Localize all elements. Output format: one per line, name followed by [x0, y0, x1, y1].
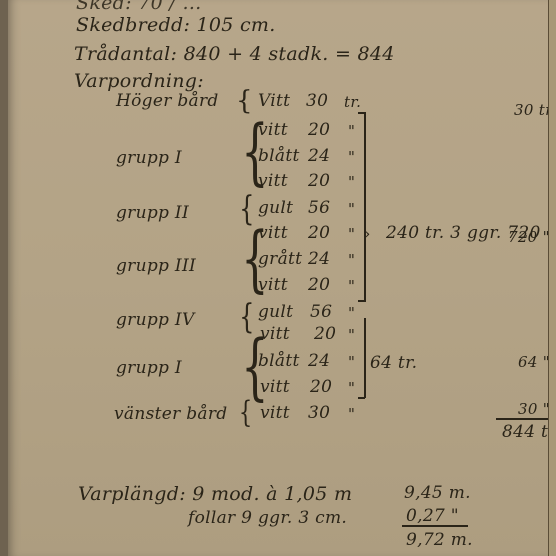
- bracket-tick: [358, 300, 365, 302]
- row-count: 20: [308, 173, 330, 190]
- row-color: blått: [258, 148, 300, 165]
- row-count: 20: [308, 122, 330, 139]
- row-hoger-count: 30: [306, 93, 328, 110]
- row-color: gult: [258, 200, 293, 217]
- sum-r3: 64 ": [518, 355, 550, 370]
- row-color: vitt: [260, 379, 290, 396]
- bracket-point: ›: [364, 226, 370, 242]
- row-unit: ": [348, 355, 355, 370]
- row-color: vitt: [258, 277, 288, 294]
- row-count: 20: [308, 277, 330, 294]
- sum-r4: 30 ": [518, 402, 550, 417]
- bracket-repeat: [364, 112, 366, 302]
- row-unit: ": [348, 175, 355, 190]
- bracket-tick: [358, 112, 365, 114]
- row-color: blått: [258, 353, 300, 370]
- bracket-tick: [358, 397, 365, 399]
- varpordning-heading: Varpordning:: [74, 72, 204, 91]
- row-color: vitt: [258, 122, 288, 139]
- group-label-grupp-2: grupp II: [116, 205, 189, 222]
- row-count: 20: [314, 326, 336, 343]
- skedbredd-line: Skedbredd: 105 cm.: [76, 16, 276, 35]
- row-unit: ": [348, 253, 355, 268]
- row-count: 56: [310, 304, 332, 321]
- page-edge: [548, 0, 556, 556]
- row-color: gult: [258, 304, 293, 321]
- row-hoger-color: Vitt: [258, 93, 290, 110]
- sked-line: Sked: 70 / …: [76, 0, 202, 13]
- row-unit: ": [348, 124, 355, 139]
- row-color: vitt: [260, 326, 290, 343]
- row-color: grått: [258, 251, 302, 268]
- row-unit: ": [348, 150, 355, 165]
- varplangd-total: 9,72 m.: [406, 532, 473, 549]
- row-unit: ": [348, 202, 355, 217]
- row-unit: ": [348, 306, 355, 321]
- last-group-subtotal: 64 tr.: [370, 355, 417, 372]
- varplangd-sum-line: [402, 525, 468, 527]
- row-count: 24: [308, 353, 330, 370]
- row-color: vitt: [258, 173, 288, 190]
- tradantal-line: Trådantal: 840 + 4 stadk. = 844: [74, 45, 395, 64]
- sum-r2: 720 ": [508, 230, 550, 245]
- row-count: 30: [308, 405, 330, 422]
- varplangd-v1: 9,45 m.: [404, 485, 471, 502]
- group-label-vanster-bard: vänster bård: [114, 406, 227, 423]
- brace-vanster: {: [239, 398, 252, 428]
- row-count: 20: [308, 225, 330, 242]
- group-label-grupp-1b: grupp I: [116, 360, 182, 377]
- group-label-grupp-3: grupp III: [116, 258, 196, 275]
- row-count: 24: [308, 148, 330, 165]
- row-unit: ": [348, 328, 355, 343]
- row-count: 56: [308, 200, 330, 217]
- follar-line: follar 9 ggr. 3 cm.: [188, 510, 347, 527]
- row-count: 24: [308, 251, 330, 268]
- row-unit: ": [348, 381, 355, 396]
- row-unit: ": [348, 227, 355, 242]
- row-unit: ": [348, 407, 355, 422]
- group-label-hoger-bard: Höger bård: [116, 93, 219, 110]
- row-color: vitt: [258, 225, 288, 242]
- group-label-grupp-1: grupp I: [116, 150, 182, 167]
- row-unit: ": [348, 279, 355, 294]
- varplangd-v2: 0,27 ": [406, 508, 459, 525]
- varplangd-line: Varplängd: 9 mod. à 1,05 m: [78, 485, 352, 504]
- row-color: vitt: [260, 405, 290, 422]
- row-hoger-unit: tr.: [344, 95, 361, 110]
- sum-line: [496, 418, 548, 420]
- group-label-grupp-4: grupp IV: [116, 312, 195, 329]
- bracket-last-group: [364, 318, 366, 398]
- notebook-page: Sked: 70 / … Skedbredd: 105 cm. Trådanta…: [8, 0, 548, 556]
- row-count: 20: [310, 379, 332, 396]
